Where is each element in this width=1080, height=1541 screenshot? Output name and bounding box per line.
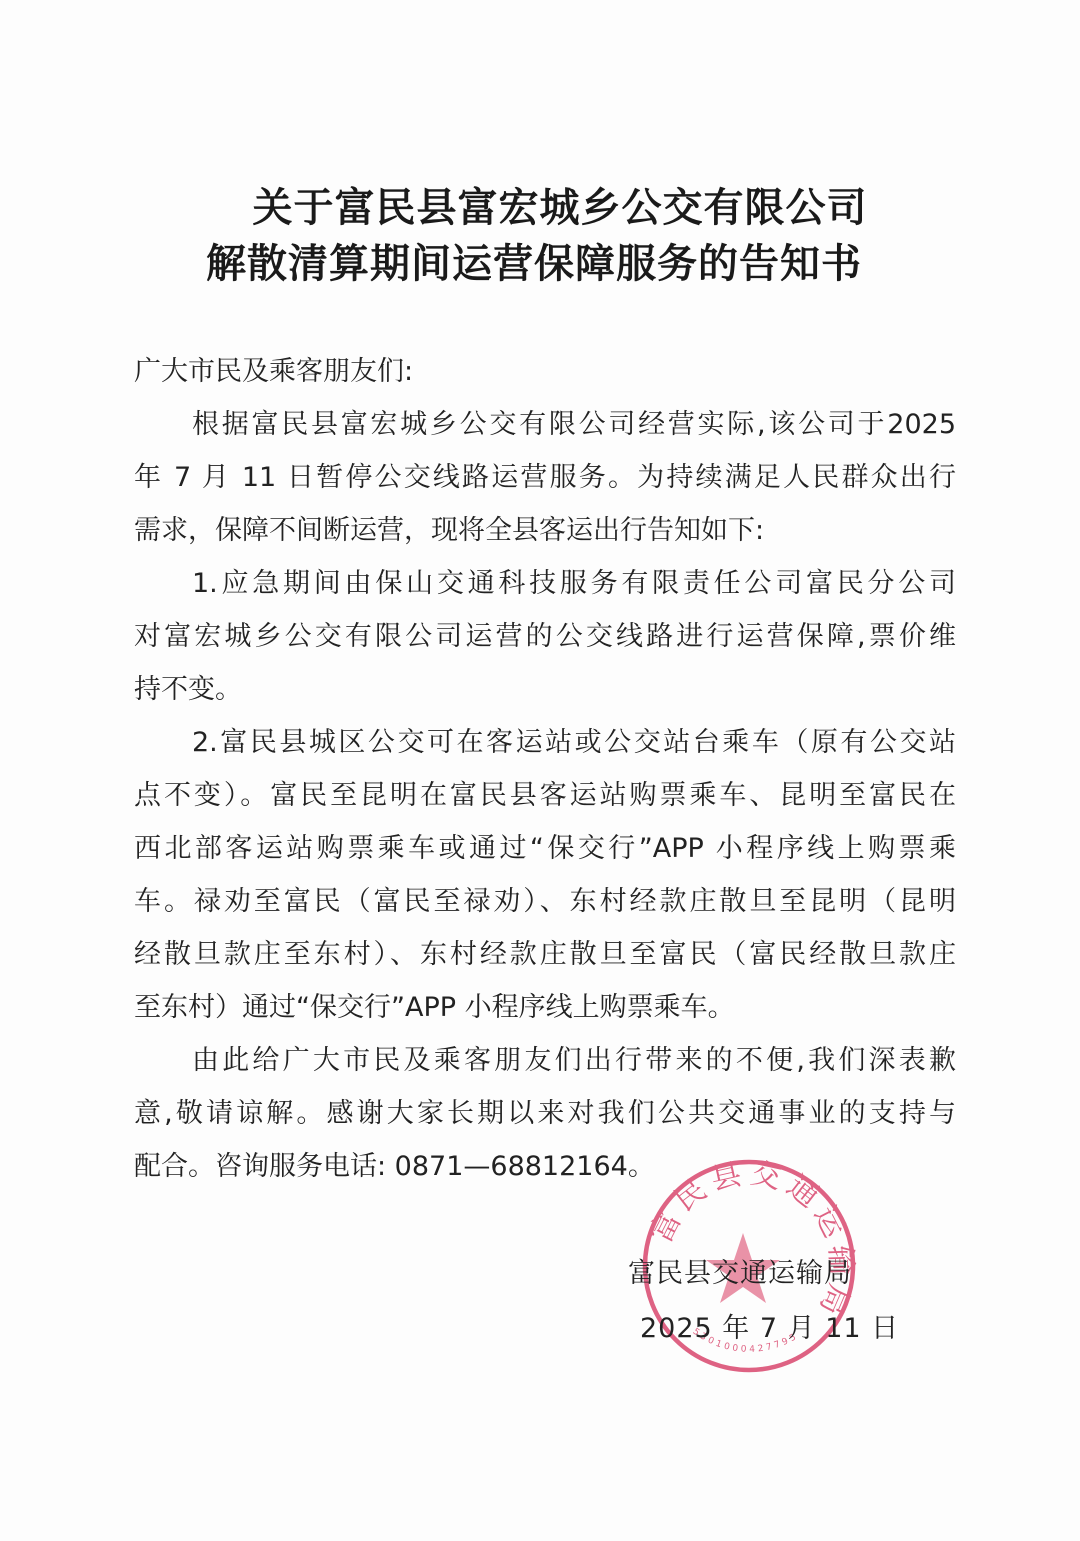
- closing-paragraph-line: 由此给广大市民及乘客朋友们出行带来的不便,我们深表歉: [192, 1041, 956, 1081]
- item-1-line: 1.应急期间由保山交通科技服务有限责任公司富民分公司: [192, 564, 956, 604]
- svg-text:富民县交通运输局: 富民县交通运输局: [644, 1157, 858, 1326]
- item-2-line: 2.富民县城区公交可在客运站或公交站台乘车（原有公交站: [192, 723, 956, 763]
- intro-paragraph-line: 年 7 月 11 日暂停公交线路运营服务。为持续满足人民群众出行: [134, 458, 956, 498]
- item-1-line: 对富宏城乡公交有限公司运营的公交线路进行运营保障,票价维: [134, 617, 956, 657]
- salutation: 广大市民及乘客朋友们:: [134, 352, 956, 392]
- item-2-line: 西北部客运站购票乘车或通过“保交行”APP 小程序线上购票乘: [134, 829, 956, 869]
- item-2-line: 车。禄劝至富民（富民至禄劝）、东村经款庄散旦至昆明（昆明: [134, 882, 956, 922]
- item-2-line: 点不变）。富民至昆明在富民县客运站购票乘车、昆明至富民在: [134, 776, 956, 816]
- intro-paragraph-line: 根据富民县富宏城乡公交有限公司经营实际,该公司于2025: [192, 405, 956, 445]
- issuing-organization: 富民县交通运输局: [628, 1254, 852, 1294]
- item-2-line: 经散旦款庄至东村）、东村经款庄散旦至富民（富民经散旦款庄: [134, 935, 956, 975]
- item-2-line: 至东村）通过“保交行”APP 小程序线上购票乘车。: [134, 988, 956, 1028]
- closing-paragraph-line: 意,敬请谅解。感谢大家长期以来对我们公共交通事业的支持与: [134, 1094, 956, 1134]
- intro-paragraph-line: 需求，保障不间断运营，现将全县客运出行告知如下:: [134, 511, 956, 551]
- document-title-line-2: 解散清算期间运营保障服务的告知书: [0, 236, 1074, 292]
- item-1-line: 持不变。: [134, 670, 956, 710]
- seal-ring-text: 富民县交通运输局: [644, 1157, 858, 1326]
- issue-date: 2025 年 7 月 11 日: [640, 1309, 899, 1349]
- document-title-line-1: 关于富民县富宏城乡公交有限公司: [20, 180, 1080, 236]
- document-page: 关于富民县富宏城乡公交有限公司 解散清算期间运营保障服务的告知书 广大市民及乘客…: [0, 0, 1080, 1541]
